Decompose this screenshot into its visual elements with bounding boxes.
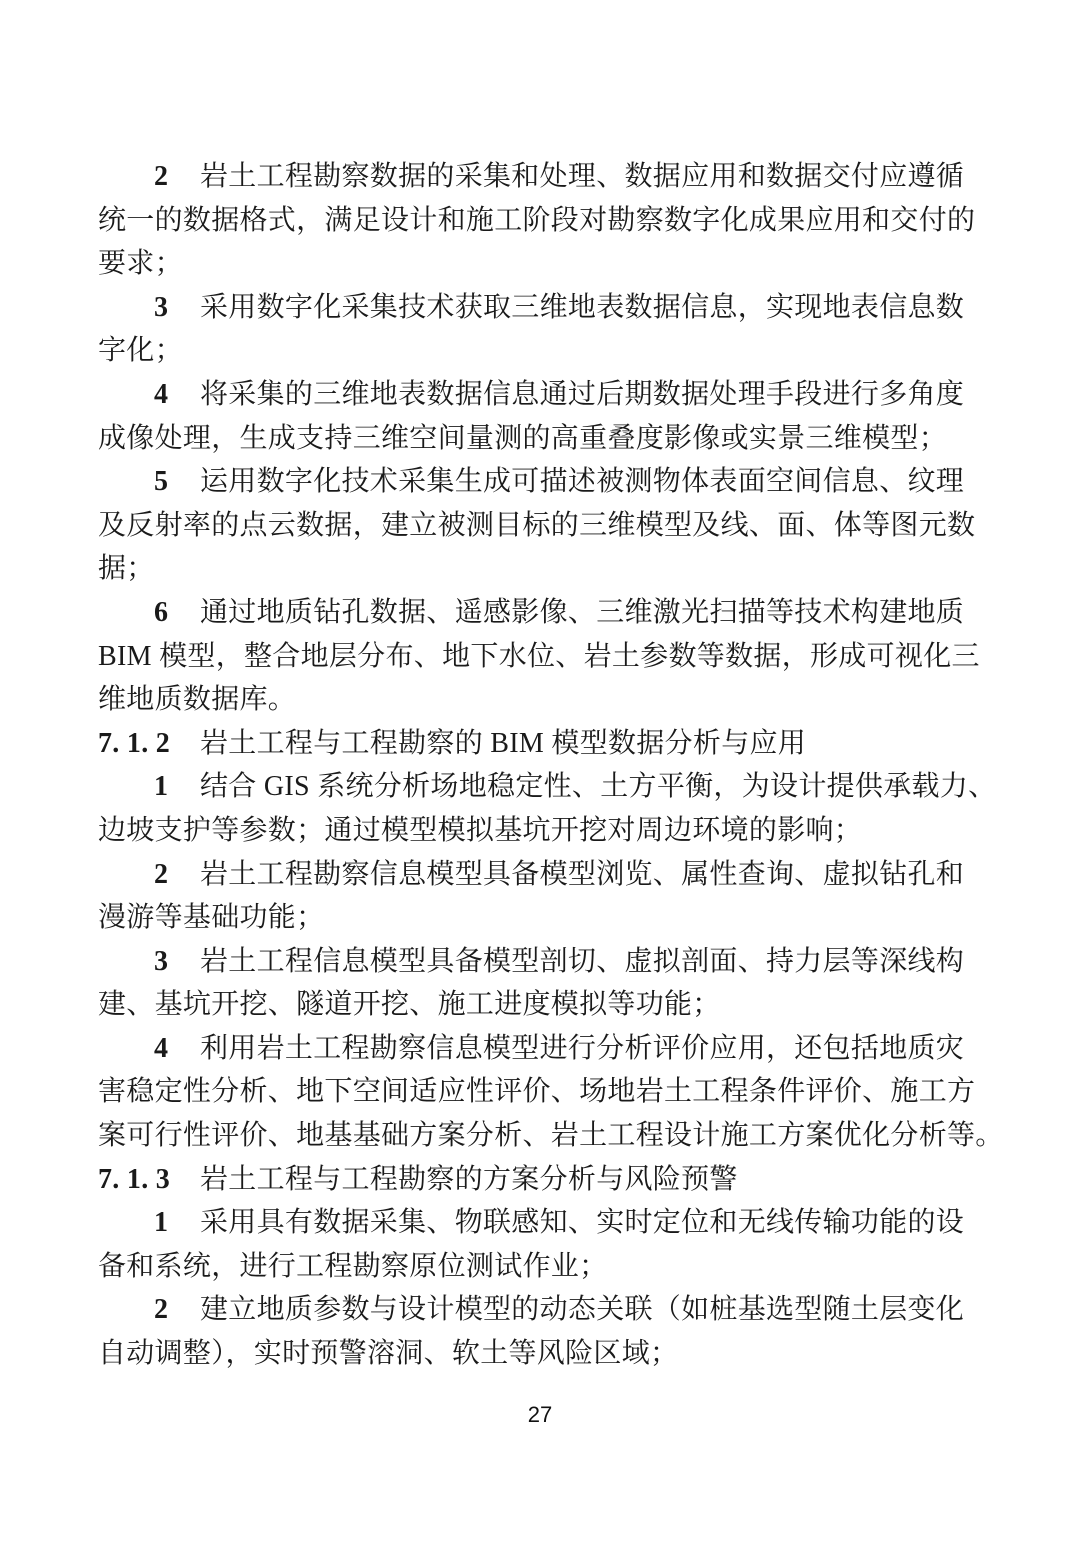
text-line: 统一的数据格式，满足设计和施工阶段对勘察数字化成果应用和交付的	[98, 199, 984, 243]
text-line: 据；	[98, 547, 984, 591]
item-text: 岩土工程信息模型具备模型剖切、虚拟剖面、持力层等深线构	[200, 946, 964, 977]
item-number: 5	[154, 460, 200, 504]
text-line: 害稳定性分析、地下空间适应性评价、场地岩土工程条件评价、施工方	[98, 1070, 984, 1114]
list-item-1: 1采用具有数据采集、物联感知、实时定位和无线传输功能的设	[98, 1201, 984, 1245]
item-number: 2	[154, 853, 200, 897]
item-number: 2	[154, 155, 200, 199]
text-line: 要求；	[98, 242, 984, 286]
section-number: 7. 1. 2	[98, 722, 200, 766]
item-number: 4	[154, 1027, 200, 1071]
item-text: 结合 GIS 系统分析场地稳定性、土方平衡，为设计提供承载力、	[200, 771, 996, 802]
list-item-3: 3采用数字化采集技术获取三维地表数据信息，实现地表信息数	[98, 286, 984, 330]
item-number: 2	[154, 1288, 200, 1332]
list-item-5: 5运用数字化技术采集生成可描述被测物体表面空间信息、纹理	[98, 460, 984, 504]
item-number: 3	[154, 940, 200, 984]
section-heading-7-1-2: 7. 1. 2岩土工程与工程勘察的 BIM 模型数据分析与应用	[98, 722, 984, 766]
page-number: 27	[0, 1402, 1080, 1428]
text-line: 漫游等基础功能；	[98, 896, 984, 940]
list-item-6: 6通过地质钻孔数据、遥感影像、三维激光扫描等技术构建地质	[98, 591, 984, 635]
item-text: 岩土工程勘察信息模型具备模型浏览、属性查询、虚拟钻孔和	[200, 859, 964, 890]
item-text: 通过地质钻孔数据、遥感影像、三维激光扫描等技术构建地质	[200, 597, 964, 628]
list-item-4: 4利用岩土工程勘察信息模型进行分析评价应用，还包括地质灾	[98, 1027, 984, 1071]
item-number: 1	[154, 765, 200, 809]
text-line: 备和系统，进行工程勘察原位测试作业；	[98, 1245, 984, 1289]
text-line: 维地质数据库。	[98, 678, 984, 722]
text-line: 成像处理，生成支持三维空间量测的高重叠度影像或实景三维模型；	[98, 417, 984, 461]
item-number: 6	[154, 591, 200, 635]
list-item-2: 2岩土工程勘察数据的采集和处理、数据应用和数据交付应遵循	[98, 155, 984, 199]
item-text: 利用岩土工程勘察信息模型进行分析评价应用，还包括地质灾	[200, 1033, 964, 1064]
item-text: 将采集的三维地表数据信息通过后期数据处理手段进行多角度	[200, 379, 964, 410]
text-line: 建、基坑开挖、隧道开挖、施工进度模拟等功能；	[98, 983, 984, 1027]
item-number: 4	[154, 373, 200, 417]
item-text: 采用数字化采集技术获取三维地表数据信息，实现地表信息数	[200, 292, 964, 323]
text-line: 字化；	[98, 329, 984, 373]
list-item-1: 1结合 GIS 系统分析场地稳定性、土方平衡，为设计提供承载力、	[98, 765, 984, 809]
text-line: 及反射率的点云数据，建立被测目标的三维模型及线、面、体等图元数	[98, 504, 984, 548]
section-heading-7-1-3: 7. 1. 3岩土工程与工程勘察的方案分析与风险预警	[98, 1158, 984, 1202]
section-title: 岩土工程与工程勘察的方案分析与风险预警	[200, 1164, 738, 1195]
list-item-3: 3岩土工程信息模型具备模型剖切、虚拟剖面、持力层等深线构	[98, 940, 984, 984]
text-line: BIM 模型，整合地层分布、地下水位、岩土参数等数据，形成可视化三	[98, 635, 984, 679]
item-text: 采用具有数据采集、物联感知、实时定位和无线传输功能的设	[200, 1207, 964, 1238]
list-item-2: 2岩土工程勘察信息模型具备模型浏览、属性查询、虚拟钻孔和	[98, 853, 984, 897]
item-text: 运用数字化技术采集生成可描述被测物体表面空间信息、纹理	[200, 466, 964, 497]
item-number: 1	[154, 1201, 200, 1245]
list-item-2: 2建立地质参数与设计模型的动态关联（如桩基选型随土层变化	[98, 1288, 984, 1332]
text-line: 自动调整），实时预警溶洞、软土等风险区域；	[98, 1332, 984, 1376]
item-text: 岩土工程勘察数据的采集和处理、数据应用和数据交付应遵循	[200, 161, 964, 192]
item-number: 3	[154, 286, 200, 330]
section-title: 岩土工程与工程勘察的 BIM 模型数据分析与应用	[200, 728, 806, 759]
text-line: 案可行性评价、地基基础方案分析、岩土工程设计施工方案优化分析等。	[98, 1114, 984, 1158]
item-text: 建立地质参数与设计模型的动态关联（如桩基选型随土层变化	[200, 1294, 964, 1325]
section-number: 7. 1. 3	[98, 1158, 200, 1202]
list-item-4: 4将采集的三维地表数据信息通过后期数据处理手段进行多角度	[98, 373, 984, 417]
text-line: 边坡支护等参数；通过模型模拟基坑开挖对周边环境的影响；	[98, 809, 984, 853]
document-body: 2岩土工程勘察数据的采集和处理、数据应用和数据交付应遵循 统一的数据格式，满足设…	[98, 155, 984, 1376]
